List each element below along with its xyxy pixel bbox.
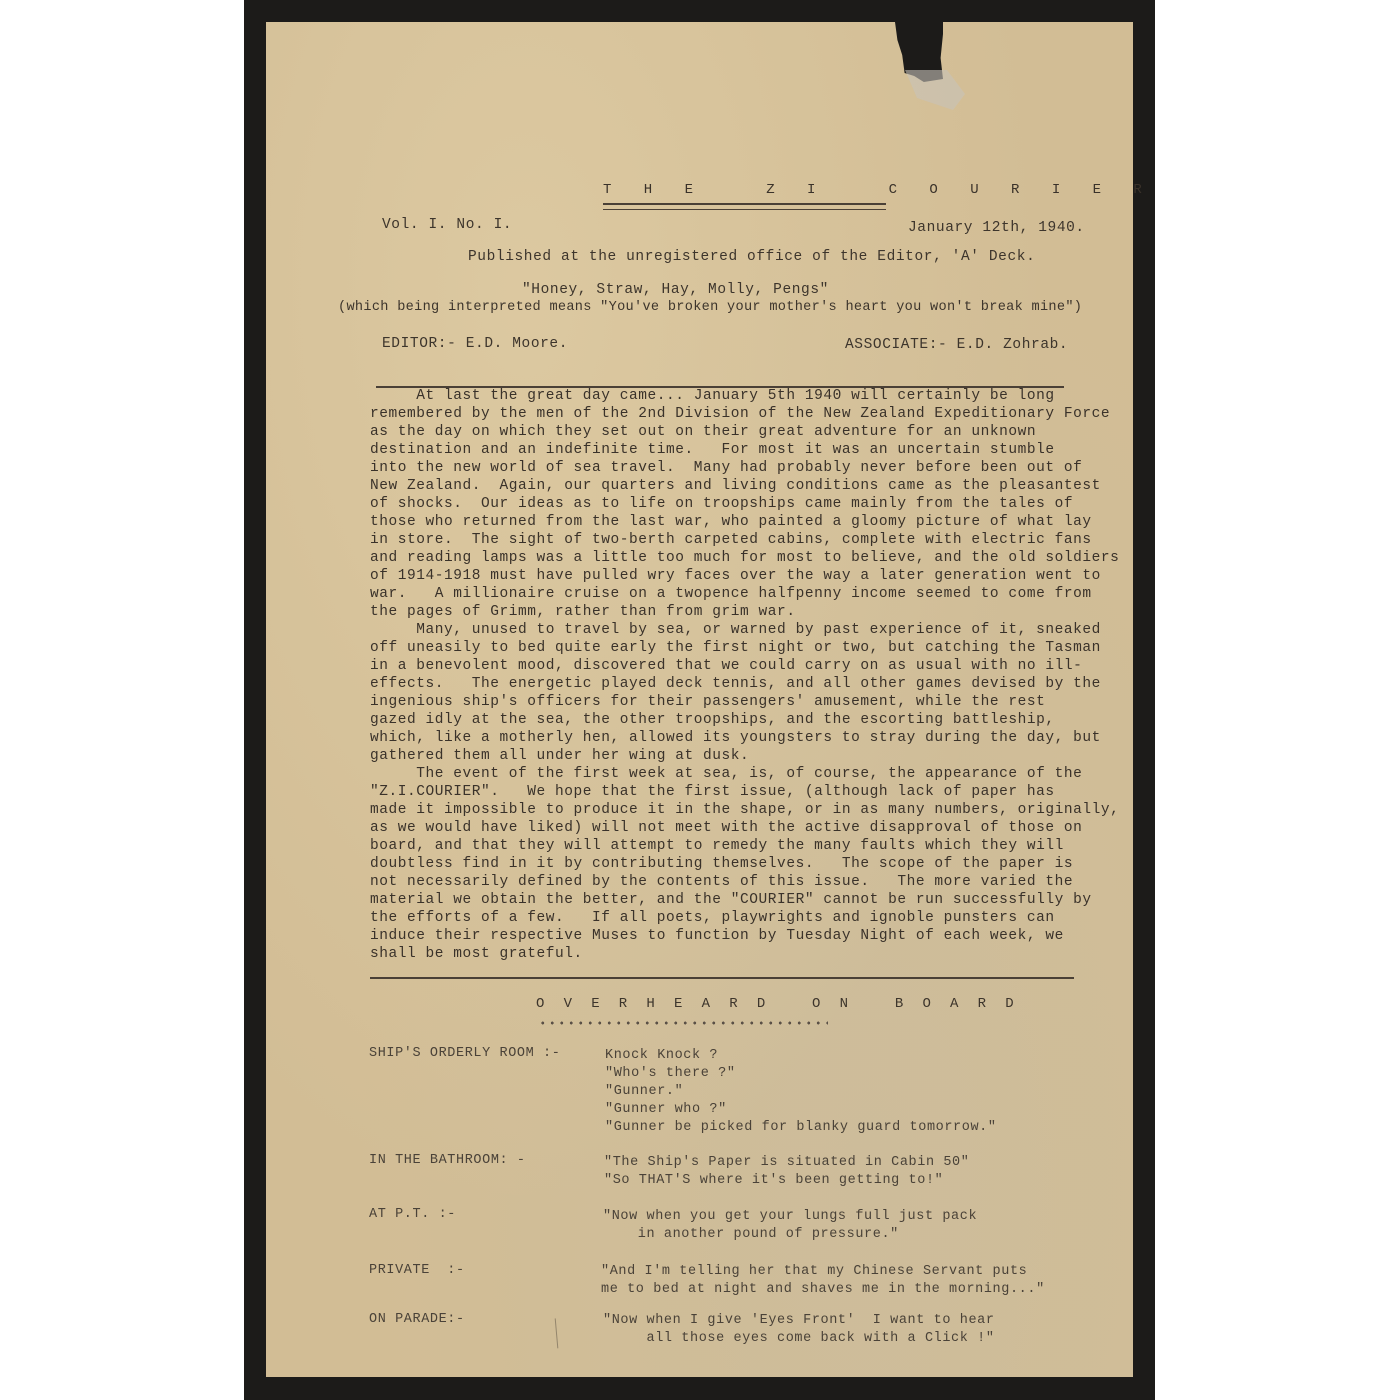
- overheard-quote-line: "Gunner be picked for blanky guard tomor…: [605, 1120, 997, 1135]
- publication-notice: Published at the unregistered office of …: [468, 249, 1035, 265]
- overheard-quote-line: "So THAT'S where it's been getting to!": [604, 1173, 943, 1188]
- editorial-line: "Z.I.COURIER". We hope that the first is…: [370, 784, 1055, 800]
- editorial-line: effects. The energetic played deck tenni…: [370, 676, 1101, 692]
- heading-dotted-underline: [538, 1021, 828, 1025]
- editorial-line: Many, unused to travel by sea, or warned…: [370, 622, 1101, 638]
- editorial-line: gazed idly at the sea, the other troopsh…: [370, 712, 1055, 728]
- editorial-line: of shocks. Our ideas as to life on troop…: [370, 496, 1073, 512]
- overheard-location: IN THE BATHROOM: -: [369, 1153, 526, 1168]
- editorial-line: of 1914-1918 must have pulled wry faces …: [370, 568, 1101, 584]
- overheard-quote-line: "And I'm telling her that my Chinese Ser…: [601, 1264, 1027, 1279]
- editorial-line: in a benevolent mood, discovered that we…: [370, 658, 1082, 674]
- overheard-quote-line: Knock Knock ?: [605, 1048, 718, 1063]
- editorial-line: the efforts of a few. If all poets, play…: [370, 910, 1055, 926]
- editorial-line: doubtless find in it by contributing the…: [370, 856, 1073, 872]
- overheard-location: SHIP'S ORDERLY ROOM :-: [369, 1046, 560, 1061]
- overheard-quote-line: "Now when you get your lungs full just p…: [603, 1209, 977, 1224]
- title-underline-2: [603, 209, 886, 210]
- overheard-location: AT P.T. :-: [369, 1207, 456, 1222]
- overheard-quote-line: "Gunner.": [605, 1084, 683, 1099]
- title-underline-1: [603, 203, 886, 205]
- editorial-line: induce their respective Muses to functio…: [370, 928, 1064, 944]
- editorial-line: those who returned from the last war, wh…: [370, 514, 1092, 530]
- overheard-quote-line: in another pound of pressure.": [603, 1227, 899, 1242]
- overheard-quote-line: "Now when I give 'Eyes Front' I want to …: [603, 1313, 995, 1328]
- editorial-line: gathered them all under her wing at dusk…: [370, 748, 749, 764]
- motto: "Honey, Straw, Hay, Molly, Pengs": [522, 282, 829, 298]
- editorial-line: as the day on which they set out on thei…: [370, 424, 1036, 440]
- editorial-line: destination and an indefinite time. For …: [370, 442, 1055, 458]
- editorial-line: At last the great day came... January 5t…: [370, 388, 1055, 404]
- overheard-quote-line: "Gunner who ?": [605, 1102, 727, 1117]
- editorial-line: board, and that they will attempt to rem…: [370, 838, 1064, 854]
- overheard-quote-line: "The Ship's Paper is situated in Cabin 5…: [604, 1155, 969, 1170]
- overheard-location: PRIVATE :-: [369, 1263, 465, 1278]
- associate-credit: ASSOCIATE:- E.D. Zohrab.: [845, 337, 1068, 353]
- editorial-line: shall be most grateful.: [370, 946, 583, 962]
- editor-credit: EDITOR:- E.D. Moore.: [382, 336, 568, 352]
- editorial-line: in store. The sight of two-berth carpete…: [370, 532, 1092, 548]
- overheard-quote-line: all those eyes come back with a Click !": [603, 1331, 995, 1346]
- overheard-location: ON PARADE:-: [369, 1312, 465, 1327]
- overheard-heading: O V E R H E A R D O N B O A R D: [536, 996, 1019, 1012]
- newsletter-title: T H E Z I C O U R I E R: [603, 182, 1154, 198]
- editorial-line: material we obtain the better, and the "…: [370, 892, 1092, 908]
- overheard-quote-line: "Who's there ?": [605, 1066, 736, 1081]
- volume-number: Vol. I. No. I.: [382, 217, 512, 233]
- motto-interpretation: (which being interpreted means "You've b…: [338, 300, 1082, 315]
- editorial-line: and reading lamps was a little too much …: [370, 550, 1119, 566]
- editorial-line: made it impossible to produce it in the …: [370, 802, 1119, 818]
- overheard-quote-line: me to bed at night and shaves me in the …: [601, 1282, 1045, 1297]
- editorial-line: the pages of Grimm, rather than from gri…: [370, 604, 796, 620]
- editorial-line: ingenious ship's officers for their pass…: [370, 694, 1045, 710]
- editorial-line: not necessarily defined by the contents …: [370, 874, 1073, 890]
- issue-date: January 12th, 1940.: [908, 220, 1085, 236]
- editorial-line: The event of the first week at sea, is, …: [370, 766, 1082, 782]
- editorial-line: as we would have liked) will not meet wi…: [370, 820, 1082, 836]
- editorial-line: off uneasily to bed quite early the firs…: [370, 640, 1101, 656]
- editorial-line: which, like a motherly hen, allowed its …: [370, 730, 1101, 746]
- editorial-line: war. A millionaire cruise on a twopence …: [370, 586, 1092, 602]
- editorial-line: New Zealand. Again, our quarters and liv…: [370, 478, 1101, 494]
- section-divider-bottom: [370, 977, 1074, 979]
- editorial-line: into the new world of sea travel. Many h…: [370, 460, 1082, 476]
- editorial-line: remembered by the men of the 2nd Divisio…: [370, 406, 1110, 422]
